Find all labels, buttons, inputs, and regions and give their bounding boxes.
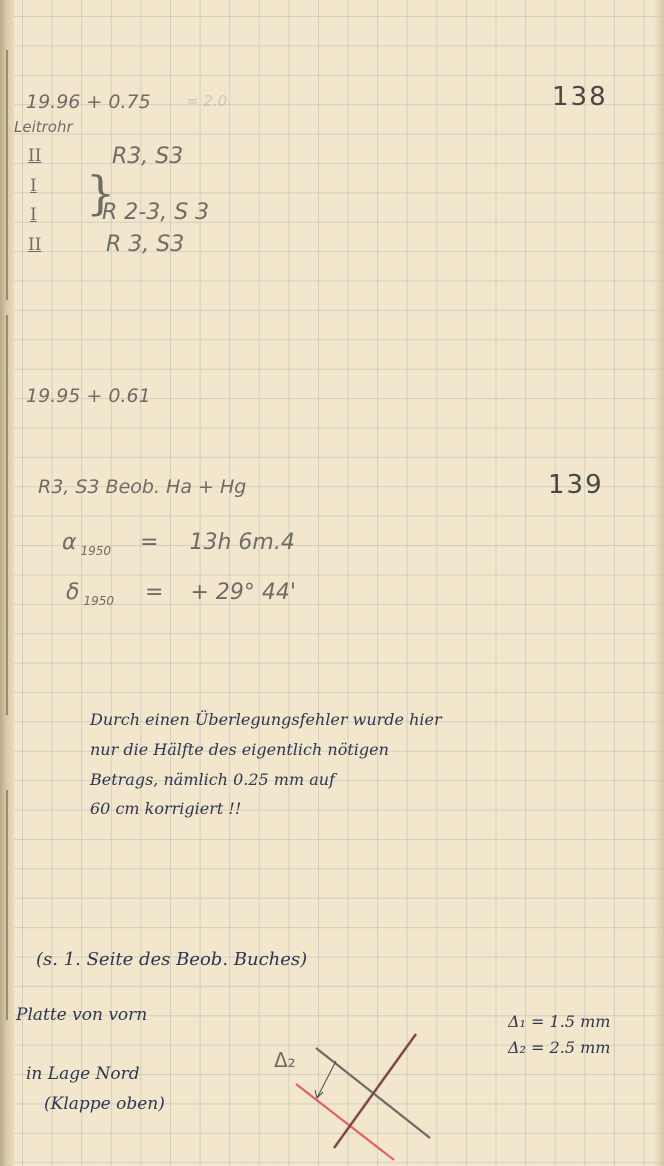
- entry-2-header: 19.95 + 0.61: [26, 387, 151, 406]
- roman-numeral: I: [30, 207, 37, 224]
- plate-line-3: (Klappe oben): [44, 1096, 165, 1113]
- note-line: Durch einen Überlegungsfehler wurde hier: [90, 712, 442, 728]
- plate-offset-diagram: Δ₂: [260, 1020, 460, 1166]
- alpha-symbol: α: [62, 530, 77, 555]
- plate-line-1: Platte von vorn: [16, 1007, 147, 1024]
- page-number-139: 139: [548, 472, 604, 498]
- row-value: R3, S3: [112, 146, 183, 168]
- entry-1-faint-note: = 2.0: [186, 94, 227, 109]
- alpha-value: 13h 6m.4: [190, 530, 295, 555]
- page-number-138: 138: [552, 84, 608, 110]
- delta-line: δ1950 = + 29° 44': [66, 582, 296, 607]
- offset-arrow: [317, 1061, 336, 1098]
- notebook-page: 138 19.96 + 0.75 = 2.0 Leitrohr II R3, S…: [0, 0, 664, 1166]
- alpha-line: α1950 = 13h 6m.4: [62, 532, 295, 557]
- row-value: R 2-3, S 3: [102, 202, 209, 224]
- plate-line-2: in Lage Nord: [26, 1066, 140, 1083]
- note-line: 60 cm korrigiert !!: [90, 801, 241, 817]
- black-line-diagonal: [334, 1034, 416, 1148]
- spine-line: [6, 315, 8, 715]
- entry-1-label: Leitrohr: [14, 120, 73, 135]
- note-line: Betrags, nämlich 0.25 mm auf: [90, 772, 335, 788]
- roman-numeral: I: [30, 178, 37, 195]
- delta-epoch: 1950: [83, 594, 114, 608]
- alpha-eq: =: [140, 530, 158, 555]
- note-line: nur die Hälfte des eigentlich nötigen: [90, 742, 389, 758]
- entry-3-title: R3, S3 Beob. Ha + Hg: [38, 478, 246, 497]
- delta-value: + 29° 44': [190, 580, 295, 605]
- delta-1-value: Δ₁ = 1.5 mm: [508, 1014, 610, 1030]
- spine-line: [6, 50, 8, 300]
- red-line-parallel: [296, 1084, 394, 1160]
- delta-eq: =: [145, 580, 163, 605]
- spine-line: [6, 790, 8, 1020]
- page-edge: [654, 0, 664, 1166]
- roman-numeral: II: [28, 237, 41, 254]
- roman-numeral: II: [28, 148, 41, 165]
- diagram-label: Δ₂: [274, 1050, 296, 1070]
- delta-symbol: δ: [66, 580, 79, 605]
- row-value: R 3, S3: [106, 234, 184, 256]
- delta-2-value: Δ₂ = 2.5 mm: [508, 1040, 610, 1056]
- reference-note: (s. 1. Seite des Beob. Buches): [36, 951, 307, 969]
- alpha-epoch: 1950: [81, 544, 112, 558]
- entry-1-header: 19.96 + 0.75: [26, 93, 151, 112]
